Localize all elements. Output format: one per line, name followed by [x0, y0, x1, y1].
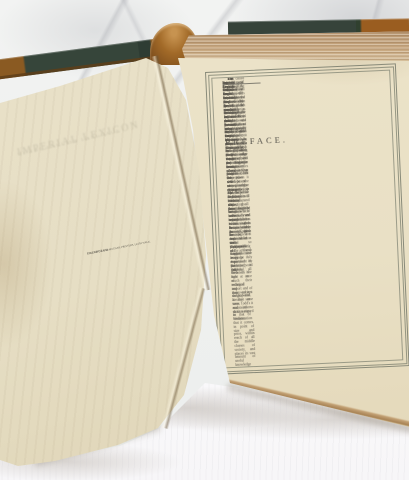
page-border-frame: PREFACE. The Imperial Lexicon comprises … — [205, 63, 409, 374]
preface-paragraph: The ordinary uses of an English dictiona… — [222, 77, 245, 143]
book-photo-scene: PREFACE. The Imperial Lexicon comprises … — [0, 0, 409, 480]
printer-imprint-line2: FULLARTON AND MACNAB, PRINTERS, LEITH WA… — [87, 240, 151, 255]
title-showthrough: IMPERIAL LEXICON OF THE ENGLISH LANGUAGE — [16, 108, 187, 148]
page-border-frame-inner-rule: PREFACE. The Imperial Lexicon comprises … — [211, 70, 403, 369]
printer-imprint: EDINBURGH: FULLARTON AND MACNAB, PRINTER… — [87, 234, 175, 251]
